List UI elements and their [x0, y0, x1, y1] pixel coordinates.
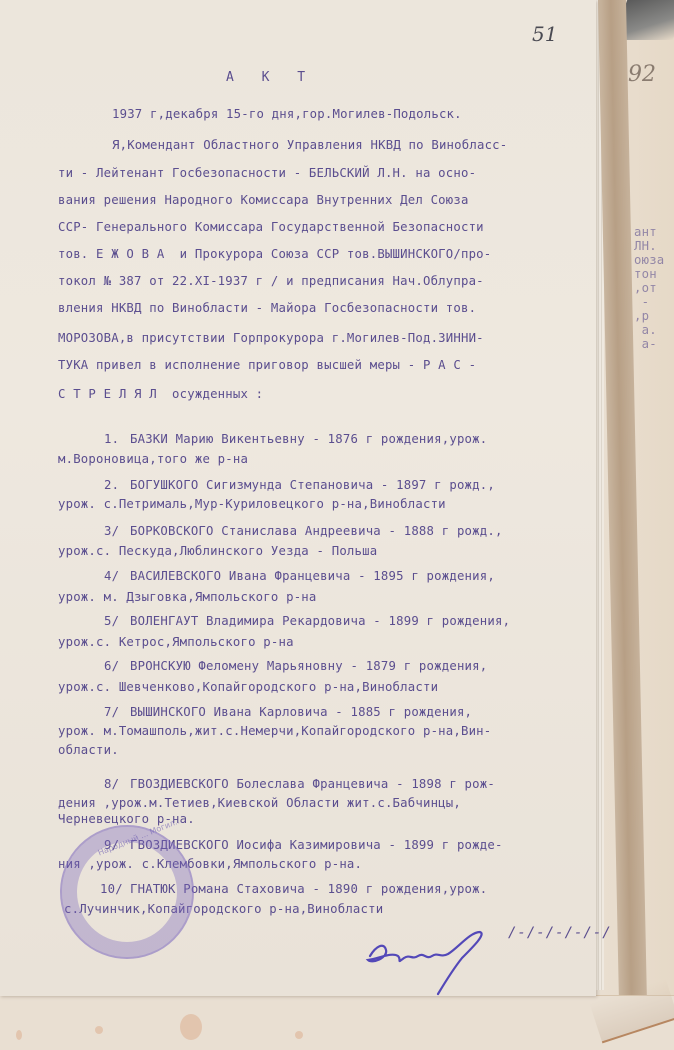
list-item-number: 2. — [104, 478, 119, 492]
list-item-number: 8/ — [104, 777, 119, 791]
list-item-line: урож. с.Петрималь,Мур-Куриловецкого р-на… — [58, 497, 446, 511]
intro-line: тов. Е Ж О В А и Прокурора Союза ССР тов… — [58, 247, 491, 261]
intro-line: вания решения Народного Комиссара Внутре… — [58, 193, 469, 207]
list-item-number: 5/ — [104, 614, 119, 628]
list-item-number: 6/ — [104, 659, 119, 673]
intro-line: ТУКА привел в исполнение приговор высшей… — [58, 358, 476, 372]
list-item-line: урож. м. Дзыговка,Ямпольского р-на — [58, 590, 317, 604]
folio-number-underlying: 92 — [628, 62, 656, 87]
list-item-line: урож.с. Кетрос,Ямпольского р-на — [58, 635, 294, 649]
bottom-paper-layer — [0, 995, 674, 1050]
list-item-line: ВАСИЛЕВСКОГО Ивана Францевича - 1895 г р… — [130, 569, 495, 583]
intro-line: 1937 г,декабря 15-го дня,гор.Могилев-Под… — [112, 107, 462, 121]
intro-line: С Т Р Е Л Я Л осужденных : — [58, 387, 263, 401]
list-item-line: ВОЛЕНГАУТ Владимира Рекардовича - 1899 г… — [130, 614, 510, 628]
intro-line: ти - Лейтенант Госбезопасности - БЕЛЬСКИ… — [58, 166, 476, 180]
intro-line: Я,Комендант Областного Управления НКВД п… — [112, 138, 507, 152]
list-item-number: 3/ — [104, 524, 119, 538]
list-item-line: БАЗКИ Марию Викентьевну - 1876 г рождени… — [130, 432, 487, 446]
list-item-line: урож.с. Шевченково,Копайгородского р-на,… — [58, 680, 438, 694]
list-item-line: урож. м.Томашполь,жит.с.Немерчи,Копайгор… — [58, 724, 491, 738]
intro-line: ССР- Генерального Комиссара Государствен… — [58, 220, 484, 234]
list-item-number: 1. — [104, 432, 119, 446]
signature — [362, 928, 502, 998]
list-item-line: области. — [58, 743, 119, 757]
list-item-line: дения ,урож.м.Тетиев,Киевской Области жи… — [58, 796, 461, 810]
list-item-number: 7/ — [104, 705, 119, 719]
intro-line: вления НКВД по Винобласти - Майора Госбе… — [58, 301, 476, 315]
stain — [180, 1014, 202, 1040]
list-item-line: БОРКОВСКОГО Станислава Андреевича - 1888… — [130, 524, 503, 538]
document-title: А К Т — [226, 70, 315, 85]
underlying-page-text: ант ЛН. оюза тон ,от - ,р а. а- — [634, 225, 674, 351]
list-item-number: 4/ — [104, 569, 119, 583]
stain — [295, 1031, 303, 1039]
folio-number: 51 — [532, 22, 557, 46]
list-item-line: БОГУШКОГО Сигизмунда Степановича - 1897 … — [130, 478, 495, 492]
list-item-line: ВЫШИНСКОГО Ивана Карловича - 1885 г рожд… — [130, 705, 472, 719]
stain — [16, 1030, 22, 1040]
list-item-line: ВРОНСКУЮ Феломену Марьяновну - 1879 г ро… — [130, 659, 487, 673]
document-sheet: 51 А К Т 1937 г,декабря 15-го дня,гор.Мо… — [0, 0, 596, 996]
list-item-line: ГВОЗДИЕВСКОГО Иосифа Казимировича - 1899… — [130, 838, 503, 852]
closing-dashes: /-/-/-/-/-/ — [508, 925, 612, 941]
list-item-line: м.Вороновица,того же р-на — [58, 452, 248, 466]
intro-line: МОРОЗОВА,в присутствии Горпрокурора г.Мо… — [58, 331, 484, 345]
list-item-line: урож.с. Пескуда,Люблинского Уезда - Поль… — [58, 544, 377, 558]
stain — [95, 1026, 103, 1034]
list-item-line: ГВОЗДИЕВСКОГО Болеслава Францевича - 189… — [130, 777, 495, 791]
intro-line: токол № 387 от 22.XI-1937 г / и предписа… — [58, 274, 484, 288]
